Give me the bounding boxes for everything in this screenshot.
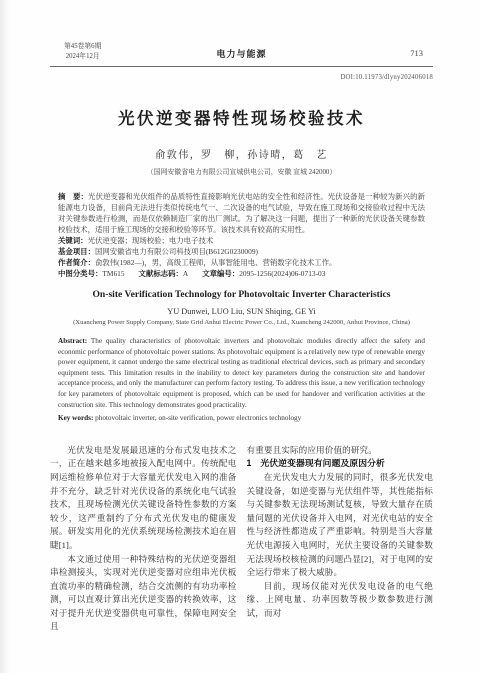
body-right-column: 有重要且实际的应用价值的研究。 1 光伏逆变器现有问题及原因分析 在光伏发电大力… (247, 444, 434, 634)
keywords-en-label: Key words: (58, 414, 93, 422)
bio-label: 作者简介： (58, 258, 95, 267)
abstract-label: 摘 要： (58, 192, 88, 201)
section-heading-1: 1 光伏逆变器现有问题及原因分析 (247, 457, 434, 471)
paragraph-continuation: 有重要且实际的应用价值的研究。 (247, 444, 434, 458)
affiliation-cn: （国网安徽省电力有限公司宣城供电公司，安徽 宣城 242000） (50, 166, 433, 176)
paragraph: 光伏发电是发展最迅速的分布式发电技术之一，正在越来越多地被接入配电网中。传统配电… (50, 444, 237, 553)
bio-text: 俞敦伟(1982—)，男，高级工程师，从事智能用电、营销数字化技术工作。 (95, 258, 336, 267)
page-content: 第45卷第6期 2024年12月 电力与能源 713 DOI:10.11973/… (0, 0, 480, 634)
article-id-value: 2095-1256(2024)06-0713-03 (239, 269, 325, 278)
abstract-text-cn: 光伏逆变器和光伏组件的品质特性直接影响光伏电站的安全性和经济性。光伏设备是一种较… (58, 192, 425, 234)
keywords-label: 关键词： (58, 236, 88, 245)
author-bio-line: 作者简介：俞敦伟(1982—)，男，高级工程师，从事智能用电、营销数字化技术工作… (58, 257, 425, 268)
authors-cn: 俞敦伟，罗 柳，孙诗晴，葛 艺 (50, 146, 433, 161)
body-left-column: 光伏发电是发展最迅速的分布式发电技术之一，正在越来越多地被接入配电网中。传统配电… (50, 444, 237, 634)
keywords-en-text: photovoltaic inverter, on-site verificat… (95, 414, 301, 422)
abstract-en: Abstract: The quality characteristics of… (58, 336, 425, 410)
keywords-cn: 关键词：光伏逆变器；现场校验；电力电子技术 (58, 235, 425, 246)
keywords-text-cn: 光伏逆变器；现场校验；电力电子技术 (88, 236, 214, 245)
abstract-en-label: Abstract: (58, 337, 87, 345)
classification-line: 中图分类号：TM615文献标志码：A文章编号：2095-1256(2024)06… (58, 268, 425, 279)
paragraph: 在光伏发电大力发展的同时，很多光伏发电关键设备，如逆变器与光伏组件等，其性能指标… (247, 471, 434, 580)
abstract-block-cn: 摘 要：光伏逆变器和光伏组件的品质特性直接影响光伏电站的安全性和经济性。光伏设备… (58, 191, 425, 279)
paragraph: 目前，现场仅能对光伏发电设备的电气绝缘、上网电量、功率因数等极少数参数进行测试，… (247, 580, 434, 621)
affiliation-en: (Xuancheng Power Supply Company, State G… (50, 319, 433, 326)
article-title-cn: 光伏逆变器特性现场校验技术 (50, 105, 433, 129)
journal-header: 第45卷第6期 2024年12月 电力与能源 713 (50, 42, 433, 64)
funding-label: 基金项目： (58, 247, 95, 256)
funding-line: 基金项目：国网安徽省电力有限公司科技项目(B612G0230009) (58, 246, 425, 257)
paper-page: 第45卷第6期 2024年12月 电力与能源 713 DOI:10.11973/… (0, 0, 480, 673)
keywords-en: Key words: photovoltaic inverter, on-sit… (58, 413, 425, 424)
doi: DOI:10.11973/dlyny202406018 (50, 74, 433, 81)
header-rule (50, 66, 433, 67)
page-number: 713 (410, 48, 423, 58)
doc-code-label: 文献标志码： (139, 269, 183, 278)
article-title-en: On-site Verification Technology for Phot… (50, 289, 433, 300)
clc-label: 中图分类号： (58, 269, 102, 278)
abstract-cn: 摘 要：光伏逆变器和光伏组件的品质特性直接影响光伏电站的安全性和经济性。光伏设备… (58, 191, 425, 235)
funding-text: 国网安徽省电力有限公司科技项目(B612G0230009) (95, 247, 258, 256)
abstract-en-text: The quality characteristics of photovolt… (58, 337, 425, 409)
doc-code-value: A (183, 269, 188, 278)
authors-en: YU Dunwei, LUO Liu, SUN Shiqing, GE Yi (50, 307, 433, 316)
paragraph: 本文通过使用一种特殊结构的光伏逆变器组串检测接头，实现对光伏逆变器对应组串光伏板… (50, 553, 237, 635)
body-columns: 光伏发电是发展最迅速的分布式发电技术之一，正在越来越多地被接入配电网中。传统配电… (50, 444, 433, 634)
article-id-label: 文章编号： (202, 269, 239, 278)
clc-value: TM615 (102, 269, 124, 278)
journal-title: 电力与能源 (50, 47, 433, 60)
